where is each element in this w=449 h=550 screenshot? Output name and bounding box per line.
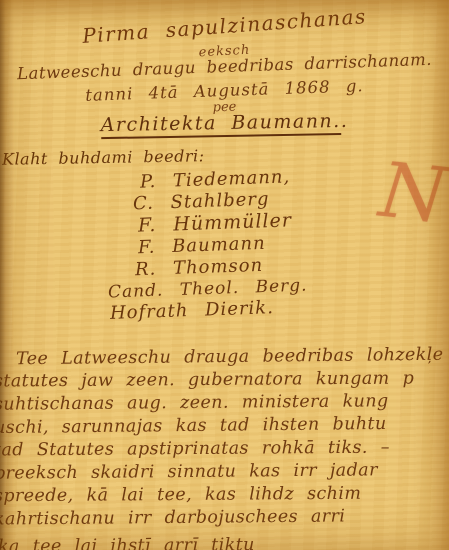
body-line: uschi, sarunnajas kas tad ihsten buhtu [0,414,387,438]
red-margin-mark: N [376,145,449,240]
body-line: preeksch skaidri sinnatu kas irr jadar [0,460,378,483]
manuscript-page: Pirma sapulzinaschanas eeksch Latweeschu… [0,0,449,550]
architect-name-underlined: Architekta Baumann. [101,110,341,139]
body-line: suhtischanas aug. zeen. ministera kung [0,391,389,414]
attendees-label: Klaht buhdami beedri: [2,146,205,169]
body-line: spreede, kā lai tee, kas lihdz schim [0,484,361,507]
attendee-name: Hofrath Dierik. [110,297,275,324]
trailing-dots: . [341,110,349,132]
body-line: kahrtischanu irr darbojuschees arri [0,506,345,529]
body-line: tad Statutes apstiprinatas rohkā tiks. – [0,438,390,461]
attendee-name: F. Hümmüller [138,209,293,236]
attendee-name: R. Thomson [135,255,264,280]
body-line-clipped: ka tee lai ihstī arrī tiktu [0,535,255,550]
body-line: statutes jaw zeen. gubernatora kungam p [0,369,414,392]
body-line: Tee Latweeschu drauga beedribas lohzekļe [16,345,444,369]
